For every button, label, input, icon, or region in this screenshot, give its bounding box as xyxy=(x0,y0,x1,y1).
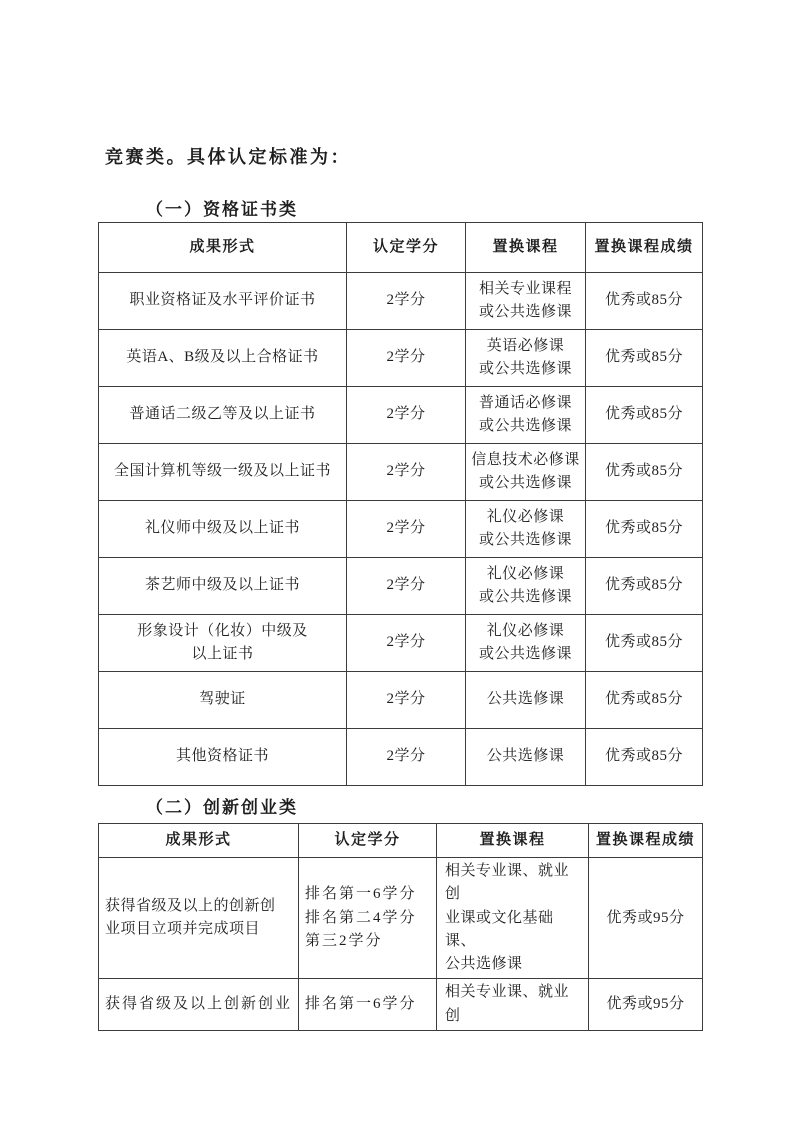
cell-achievement-form: 全国计算机等级一级及以上证书 xyxy=(99,444,347,501)
cell-course: 相关专业课程 或公共选修课 xyxy=(466,273,586,330)
cell-course: 相关专业课、就业创 xyxy=(437,979,589,1031)
cell-course: 信息技术必修课 或公共选修课 xyxy=(466,444,586,501)
cell-score: 优秀或85分 xyxy=(586,558,703,615)
cell-score: 优秀或85分 xyxy=(586,330,703,387)
cell-achievement-form: 英语A、B级及以上合格证书 xyxy=(99,330,347,387)
cell-course: 相关专业课、就业创 业课或文化基础课、 公共选修课 xyxy=(437,858,589,979)
table-row: 茶艺师中级及以上证书 2学分 礼仪必修课 或公共选修课 优秀或85分 xyxy=(99,558,703,615)
header-replaced-course: 置换课程 xyxy=(466,223,586,273)
table-row: 获得省级及以上的创新创 业项目立项并完成项目 排名第一6学分 排名第二4学分 第… xyxy=(99,858,703,979)
cell-credits: 2学分 xyxy=(347,615,466,672)
table-row: 获得省级及以上创新创业 排名第一6学分 相关专业课、就业创 优秀或95分 xyxy=(99,979,703,1031)
header-replaced-course-score: 置换课程成绩 xyxy=(589,824,703,858)
cell-credits: 2学分 xyxy=(347,273,466,330)
cell-score: 优秀或85分 xyxy=(586,501,703,558)
table-row: 驾驶证 2学分 公共选修课 优秀或85分 xyxy=(99,672,703,729)
header-achievement-form: 成果形式 xyxy=(99,824,299,858)
header-recognized-credits: 认定学分 xyxy=(299,824,437,858)
cell-achievement-form: 礼仪师中级及以上证书 xyxy=(99,501,347,558)
header-replaced-course: 置换课程 xyxy=(437,824,589,858)
table-row: 英语A、B级及以上合格证书 2学分 英语必修课 或公共选修课 优秀或85分 xyxy=(99,330,703,387)
cell-achievement-form: 驾驶证 xyxy=(99,672,347,729)
cell-credits: 2学分 xyxy=(347,558,466,615)
cell-achievement-form: 形象设计（化妆）中级及 以上证书 xyxy=(99,615,347,672)
cell-credits: 排名第一6学分 排名第二4学分 第三2学分 xyxy=(299,858,437,979)
cell-credits: 2学分 xyxy=(347,729,466,786)
cell-score: 优秀或85分 xyxy=(586,729,703,786)
cell-course: 英语必修课 或公共选修课 xyxy=(466,330,586,387)
cell-credits: 2学分 xyxy=(347,501,466,558)
table-row: 普通话二级乙等及以上证书 2学分 普通话必修课 或公共选修课 优秀或85分 xyxy=(99,387,703,444)
cell-achievement-form: 茶艺师中级及以上证书 xyxy=(99,558,347,615)
table-row: 其他资格证书 2学分 公共选修课 优秀或85分 xyxy=(99,729,703,786)
cell-achievement-form: 其他资格证书 xyxy=(99,729,347,786)
header-recognized-credits: 认定学分 xyxy=(347,223,466,273)
section-title-innovation: （二）创新创业类 xyxy=(146,793,298,818)
table-row: 礼仪师中级及以上证书 2学分 礼仪必修课 或公共选修课 优秀或85分 xyxy=(99,501,703,558)
cell-course: 公共选修课 xyxy=(466,672,586,729)
intro-text: 竞赛类。具体认定标准为： xyxy=(105,143,351,169)
document-page: 竞赛类。具体认定标准为： （一）资格证书类 成果形式 认定学分 置换课程 置换课… xyxy=(0,0,793,1122)
cell-score: 优秀或95分 xyxy=(589,858,703,979)
innovation-table: 成果形式 认定学分 置换课程 置换课程成绩 获得省级及以上的创新创 业项目立项并… xyxy=(98,823,703,1031)
section-title-certificates: （一）资格证书类 xyxy=(146,195,298,220)
cell-course: 礼仪必修课 或公共选修课 xyxy=(466,558,586,615)
cell-achievement-form: 获得省级及以上创新创业 xyxy=(99,979,299,1031)
cell-credits: 2学分 xyxy=(347,387,466,444)
cell-score: 优秀或85分 xyxy=(586,444,703,501)
header-achievement-form: 成果形式 xyxy=(99,223,347,273)
cell-course: 普通话必修课 或公共选修课 xyxy=(466,387,586,444)
cell-score: 优秀或85分 xyxy=(586,615,703,672)
cell-credits: 2学分 xyxy=(347,672,466,729)
table-header-row: 成果形式 认定学分 置换课程 置换课程成绩 xyxy=(99,824,703,858)
cell-course: 礼仪必修课 或公共选修课 xyxy=(466,615,586,672)
table-row: 形象设计（化妆）中级及 以上证书 2学分 礼仪必修课 或公共选修课 优秀或85分 xyxy=(99,615,703,672)
cell-credits: 2学分 xyxy=(347,444,466,501)
header-replaced-course-score: 置换课程成绩 xyxy=(586,223,703,273)
table-row: 职业资格证及水平评价证书 2学分 相关专业课程 或公共选修课 优秀或85分 xyxy=(99,273,703,330)
table-header-row: 成果形式 认定学分 置换课程 置换课程成绩 xyxy=(99,223,703,273)
cell-course: 公共选修课 xyxy=(466,729,586,786)
cell-achievement-form: 获得省级及以上的创新创 业项目立项并完成项目 xyxy=(99,858,299,979)
cell-credits: 排名第一6学分 xyxy=(299,979,437,1031)
cell-credits: 2学分 xyxy=(347,330,466,387)
cell-course: 礼仪必修课 或公共选修课 xyxy=(466,501,586,558)
cell-achievement-form: 职业资格证及水平评价证书 xyxy=(99,273,347,330)
cell-score: 优秀或85分 xyxy=(586,672,703,729)
cell-score: 优秀或95分 xyxy=(589,979,703,1031)
cell-score: 优秀或85分 xyxy=(586,387,703,444)
certificates-table: 成果形式 认定学分 置换课程 置换课程成绩 职业资格证及水平评价证书 2学分 相… xyxy=(98,222,703,786)
table-row: 全国计算机等级一级及以上证书 2学分 信息技术必修课 或公共选修课 优秀或85分 xyxy=(99,444,703,501)
cell-achievement-form: 普通话二级乙等及以上证书 xyxy=(99,387,347,444)
cell-score: 优秀或85分 xyxy=(586,273,703,330)
